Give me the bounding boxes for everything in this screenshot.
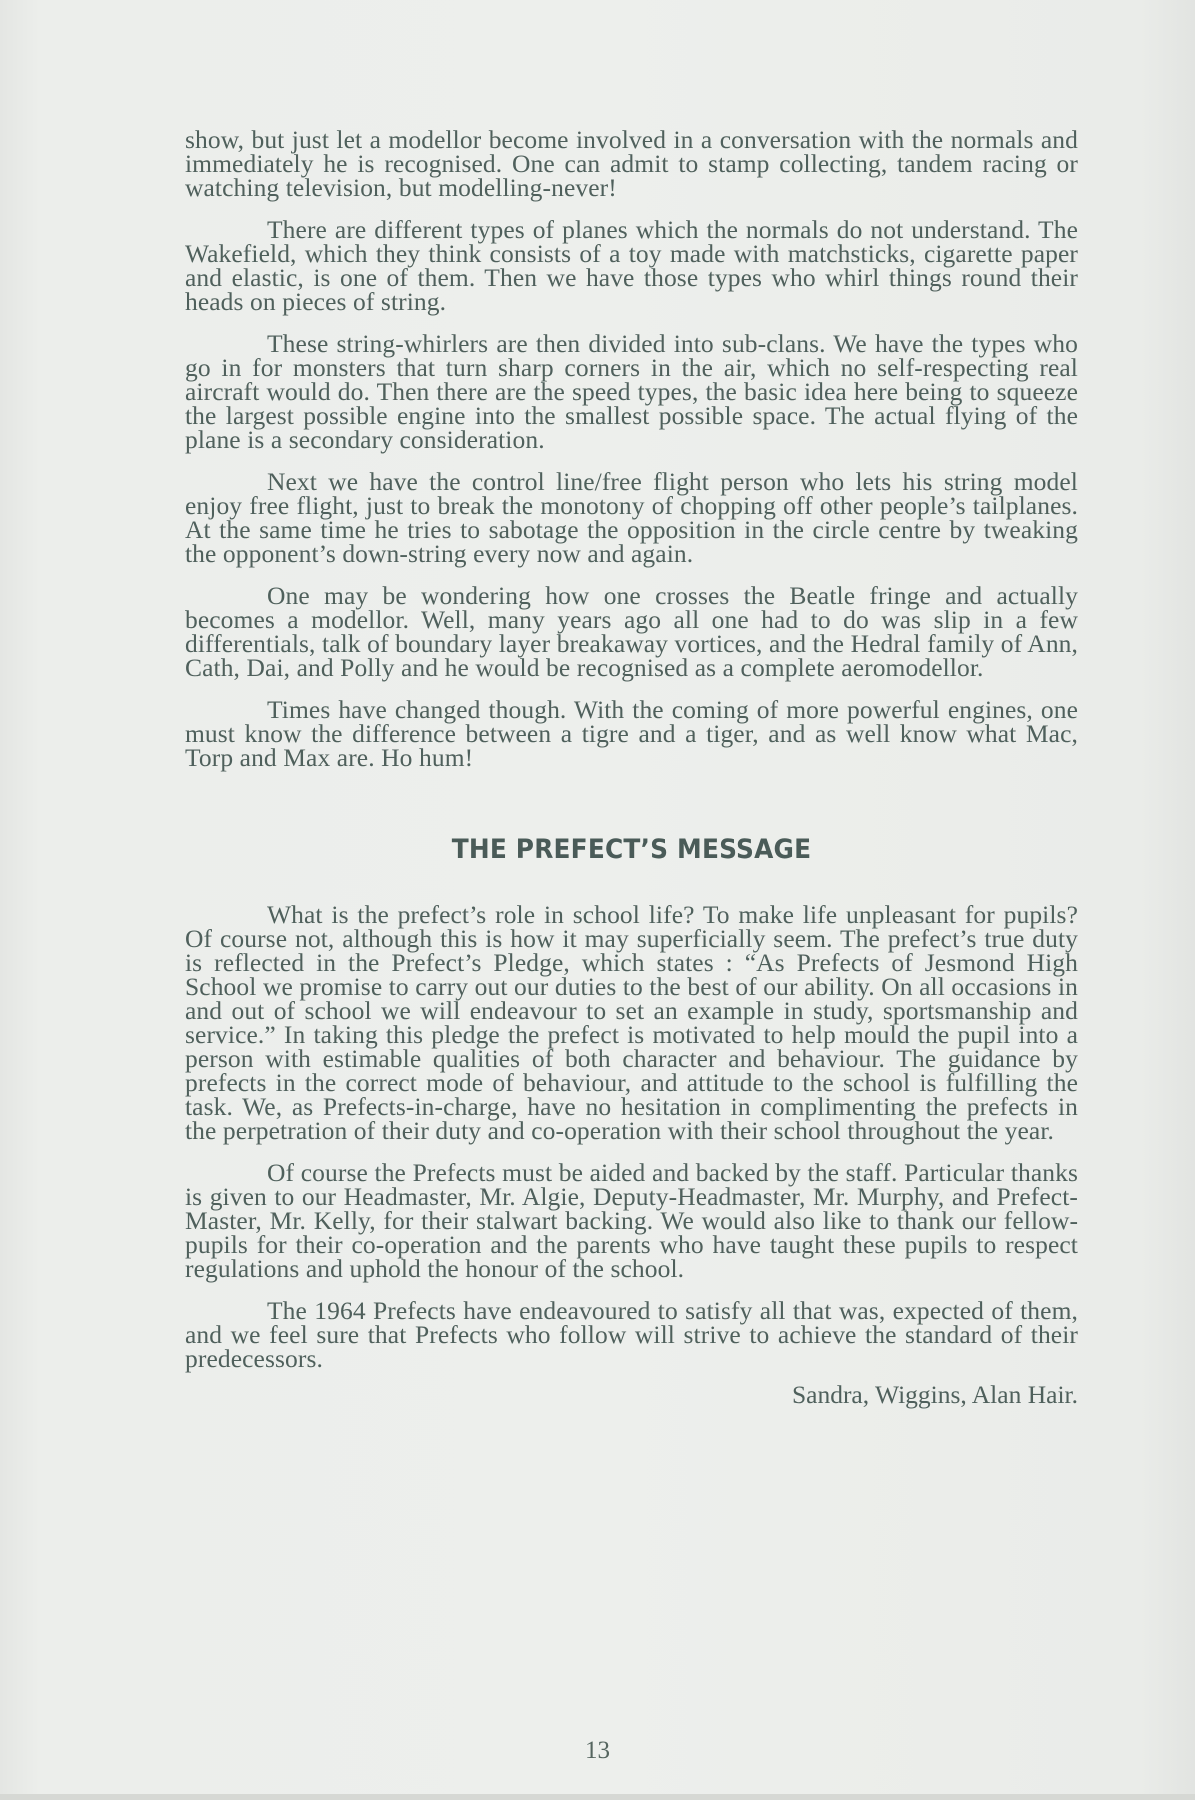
article-paragraph: There are different types of planes whic… — [185, 218, 1078, 314]
document-page: show, but just let a modellor become inv… — [0, 0, 1195, 1800]
page-bottom-edge — [0, 1794, 1195, 1800]
message-paragraph: The 1964 Prefects have endeavoured to sa… — [185, 1299, 1078, 1371]
message-paragraph: What is the prefect’s role in school lif… — [185, 903, 1078, 1143]
article-paragraph: These string-whirlers are then divided i… — [185, 332, 1078, 452]
prefects-message-section: THE PREFECT’S MESSAGE What is the prefec… — [185, 834, 1078, 1407]
message-paragraph: Of course the Prefects must be aided and… — [185, 1161, 1078, 1281]
article-paragraph: Next we have the control line/free fligh… — [185, 470, 1078, 566]
article-paragraph: show, but just let a modellor become inv… — [185, 128, 1078, 200]
signature: Sandra, Wiggins, Alan Hair. — [185, 1383, 1078, 1407]
article-paragraph: One may be wondering how one crosses the… — [185, 584, 1078, 680]
section-heading: THE PREFECT’S MESSAGE — [221, 834, 1043, 865]
modelling-article-continuation: show, but just let a modellor become inv… — [185, 128, 1078, 770]
page-number: 13 — [0, 1737, 1195, 1765]
text-column: show, but just let a modellor become inv… — [185, 128, 1078, 1407]
article-paragraph: Times have changed though. With the comi… — [185, 698, 1078, 770]
